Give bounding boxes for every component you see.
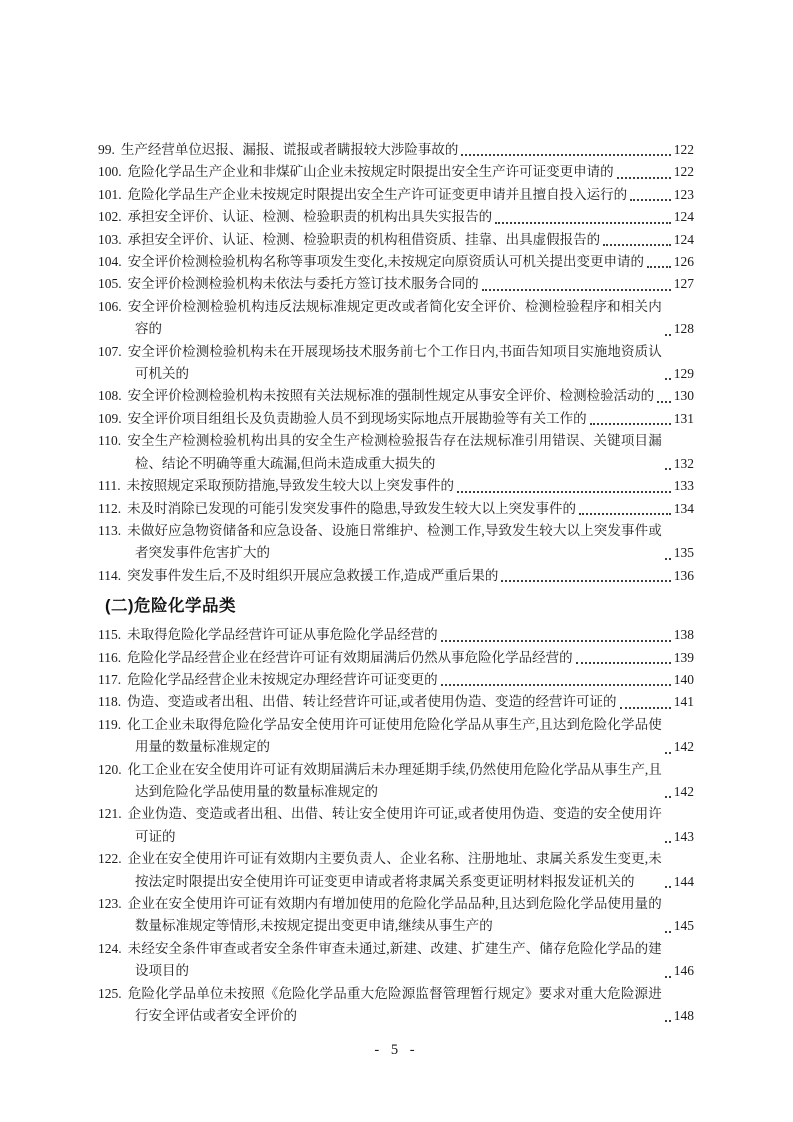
toc-entry: 118.伪造、变造或者出租、出借、转让经营许可证,或者使用伪造、变造的经营许可证… bbox=[98, 691, 694, 713]
toc-entry-text: 124.未经安全条件审查或者安全条件审查未通过,新建、改建、扩建生产、储存危险化… bbox=[98, 938, 662, 983]
toc-entry-page-number: 142 bbox=[674, 781, 694, 803]
toc-entry-text: 125.危险化学品单位未按照《危险化学品重大危险源监督管理暂行规定》要求对重大危… bbox=[98, 983, 662, 1028]
toc-entry-number: 119. bbox=[98, 717, 127, 732]
toc-entry-page-number: 122 bbox=[674, 139, 694, 161]
toc-entry-page-number: 124 bbox=[674, 229, 694, 251]
toc-entry: 109.安全评价项目组组长及负责勘验人员不到现场实际地点开展勘验等有关工作的 1… bbox=[98, 408, 694, 430]
dot-leader bbox=[665, 334, 671, 336]
dot-leader bbox=[482, 289, 671, 291]
toc-entry-text: 113.未做好应急物资储备和应急设备、设施日常维护、检测工作,导致发生较大以上突… bbox=[98, 520, 662, 565]
toc-entry-text: 122.企业在安全使用许可证有效期内主要负责人、企业名称、注册地址、隶属关系发生… bbox=[98, 848, 662, 893]
toc-entry: 115.未取得危险化学品经营许可证从事危险化学品经营的 138 bbox=[98, 624, 694, 646]
toc-entry: 101.危险化学品生产企业未按规定时限提出安全生产许可证变更申请并且擅自投入运行… bbox=[98, 184, 694, 206]
toc-entry-page-number: 134 bbox=[674, 498, 694, 520]
toc-entry-title: 安全评价检测检验机构未依法与委托方签订技术服务合同的 bbox=[128, 276, 479, 291]
dot-leader bbox=[620, 707, 671, 709]
dot-leader bbox=[495, 222, 671, 224]
toc-entry-title: 化工企业在安全使用许可证有效期届满后未办理延期手续,仍然使用危险化学品从事生产,… bbox=[128, 762, 662, 799]
toc-entry-number: 106. bbox=[98, 299, 128, 314]
toc-entry-page-number: 129 bbox=[674, 363, 694, 385]
toc-entry-text: 108.安全评价检测检验机构未按照有关法规标准的强制性规定从事安全评价、检测检验… bbox=[98, 385, 654, 407]
toc-entry-title: 突发事件发生后,不及时组织开展应急救援工作,造成严重后果的 bbox=[127, 568, 498, 583]
toc-entry-number: 113. bbox=[98, 523, 127, 538]
toc-entry-title: 企业伪造、变造或者出租、出借、转让安全使用许可证,或者使用伪造、变造的安全使用许… bbox=[128, 806, 662, 843]
toc-entry: 121.企业伪造、变造或者出租、出借、转让安全使用许可证,或者使用伪造、变造的安… bbox=[98, 803, 694, 848]
toc-entry: 111.未按照规定采取预防措施,导致发生较大以上突发事件的 133 bbox=[98, 475, 694, 497]
dot-leader bbox=[665, 976, 671, 978]
toc-entry-page-number: 123 bbox=[674, 184, 694, 206]
toc-entry-text: 100.危险化学品生产企业和非煤矿山企业未按规定时限提出安全生产许可证变更申请的 bbox=[98, 161, 614, 183]
toc-entry-text: 104.安全评价检测检验机构名称等事项发生变化,未按规定向原资质认可机关提出变更… bbox=[98, 251, 644, 273]
toc-entry-text: 120.化工企业在安全使用许可证有效期届满后未办理延期手续,仍然使用危险化学品从… bbox=[98, 759, 662, 804]
toc-entry-page-number: 141 bbox=[674, 691, 694, 713]
toc-entry-text: 105.安全评价检测检验机构未依法与委托方签订技术服务合同的 bbox=[98, 273, 479, 295]
toc-entry-text: 111.未按照规定采取预防措施,导致发生较大以上突发事件的 bbox=[98, 475, 454, 497]
toc-entry: 113.未做好应急物资储备和应急设备、设施日常维护、检测工作,导致发生较大以上突… bbox=[98, 520, 694, 565]
dot-leader bbox=[657, 401, 671, 403]
toc-entry-number: 100. bbox=[98, 164, 128, 179]
toc-entry-page-number: 148 bbox=[674, 1005, 694, 1027]
toc-entry-title: 危险化学品生产企业未按规定时限提出安全生产许可证变更申请并且擅自投入运行的 bbox=[128, 187, 628, 202]
dot-leader bbox=[665, 558, 671, 560]
toc-entry-page-number: 139 bbox=[674, 647, 694, 669]
toc-entry-page-number: 135 bbox=[674, 542, 694, 564]
dot-leader bbox=[665, 1020, 671, 1022]
dot-leader bbox=[665, 468, 671, 470]
dot-leader bbox=[579, 513, 671, 515]
dot-leader bbox=[617, 177, 671, 179]
dot-leader bbox=[603, 244, 671, 246]
toc-entry-title: 安全评价检测检验机构未按照有关法规标准的强制性规定从事安全评价、检测检验活动的 bbox=[128, 388, 655, 403]
dot-leader bbox=[441, 684, 671, 686]
toc-entry-text: 99.生产经营单位迟报、漏报、谎报或者瞒报较大涉险事故的 bbox=[98, 139, 458, 161]
toc-entry-text: 119.化工企业未取得危险化学品安全使用许可证使用危险化学品从事生产,且达到危险… bbox=[98, 714, 662, 759]
toc-entry-number: 99. bbox=[98, 142, 121, 157]
toc-entry-title: 承担安全评价、认证、检测、检验职责的机构出具失实报告的 bbox=[128, 209, 493, 224]
toc-entry: 104.安全评价检测检验机构名称等事项发生变化,未按规定向原资质认可机关提出变更… bbox=[98, 251, 694, 273]
toc-entry-page-number: 133 bbox=[674, 475, 694, 497]
toc-entry-number: 125. bbox=[98, 986, 128, 1001]
toc-entry-title: 安全评价项目组组长及负责勘验人员不到现场实际地点开展勘验等有关工作的 bbox=[128, 411, 587, 426]
toc-entry-title: 承担安全评价、认证、检测、检验职责的机构租借资质、挂靠、出具虚假报告的 bbox=[128, 232, 601, 247]
toc-entry-title: 安全评价检测检验机构违反法规标准规定更改或者简化安全评价、检测检验程序和相关内容… bbox=[128, 299, 662, 336]
document-page: 99.生产经营单位迟报、漏报、谎报或者瞒报较大涉险事故的 122 100.危险化… bbox=[0, 0, 793, 1122]
toc-entry-number: 124. bbox=[98, 941, 128, 956]
toc-entry-page-number: 143 bbox=[674, 826, 694, 848]
toc-entry-page-number: 126 bbox=[674, 251, 694, 273]
toc-entry-page-number: 138 bbox=[674, 624, 694, 646]
toc-entry-number: 112. bbox=[98, 501, 127, 516]
dot-leader bbox=[457, 491, 671, 493]
dot-leader bbox=[590, 423, 671, 425]
toc-entry-number: 110. bbox=[98, 433, 127, 448]
toc-entry-number: 114. bbox=[98, 568, 127, 583]
toc-entry-number: 102. bbox=[98, 209, 128, 224]
dot-leader bbox=[665, 931, 671, 933]
toc-entry-page-number: 128 bbox=[674, 318, 694, 340]
toc-entry-page-number: 124 bbox=[674, 206, 694, 228]
toc-entry-title: 化工企业未取得危险化学品安全使用许可证使用危险化学品从事生产,且达到危险化学品使… bbox=[127, 717, 662, 754]
toc-entry-title: 危险化学品生产企业和非煤矿山企业未按规定时限提出安全生产许可证变更申请的 bbox=[128, 164, 614, 179]
toc-entry: 102.承担安全评价、认证、检测、检验职责的机构出具失实报告的 124 bbox=[98, 206, 694, 228]
toc-entry-title: 未做好应急物资储备和应急设备、设施日常维护、检测工作,导致发生较大以上突发事件或… bbox=[127, 523, 662, 560]
toc-entry-number: 117. bbox=[98, 672, 127, 687]
toc-entry: 110.安全生产检测检验机构出具的安全生产检测检验报告存在法规标准引用错误、关键… bbox=[98, 430, 694, 475]
toc-entry-number: 122. bbox=[98, 851, 128, 866]
toc-entry: 119.化工企业未取得危险化学品安全使用许可证使用危险化学品从事生产,且达到危险… bbox=[98, 714, 694, 759]
toc-entry-title: 危险化学品经营企业在经营许可证有效期届满后仍然从事危险化学品经营的 bbox=[127, 650, 573, 665]
toc-entry: 124.未经安全条件审查或者安全条件审查未通过,新建、改建、扩建生产、储存危险化… bbox=[98, 938, 694, 983]
toc-entry: 100.危险化学品生产企业和非煤矿山企业未按规定时限提出安全生产许可证变更申请的… bbox=[98, 161, 694, 183]
toc-entry: 103.承担安全评价、认证、检测、检验职责的机构租借资质、挂靠、出具虚假报告的 … bbox=[98, 229, 694, 251]
toc-entry-title: 企业在安全使用许可证有效期内有增加使用的危险化学品品种,且达到危险化学品使用量的… bbox=[128, 896, 662, 933]
toc-entry-number: 111. bbox=[98, 478, 127, 493]
toc-entry-page-number: 132 bbox=[674, 453, 694, 475]
toc-entry-title: 未取得危险化学品经营许可证从事危险化学品经营的 bbox=[127, 627, 438, 642]
dot-leader bbox=[665, 796, 671, 798]
toc-entry-number: 103. bbox=[98, 232, 128, 247]
toc-entry-page-number: 130 bbox=[674, 385, 694, 407]
toc-entry: 99.生产经营单位迟报、漏报、谎报或者瞒报较大涉险事故的 122 bbox=[98, 139, 694, 161]
toc-entry: 105.安全评价检测检验机构未依法与委托方签订技术服务合同的 127 bbox=[98, 273, 694, 295]
toc-entry-title: 安全评价检测检验机构名称等事项发生变化,未按规定向原资质认可机关提出变更申请的 bbox=[128, 254, 644, 269]
toc-entry-number: 108. bbox=[98, 388, 128, 403]
toc-entry-page-number: 140 bbox=[674, 669, 694, 691]
toc-entry-text: 116.危险化学品经营企业在经营许可证有效期届满后仍然从事危险化学品经营的 bbox=[98, 647, 573, 669]
toc-entry: 106.安全评价检测检验机构违反法规标准规定更改或者简化安全评价、检测检验程序和… bbox=[98, 296, 694, 341]
toc-entry-page-number: 145 bbox=[674, 915, 694, 937]
toc-entry: 122.企业在安全使用许可证有效期内主要负责人、企业名称、注册地址、隶属关系发生… bbox=[98, 848, 694, 893]
toc-entry-text: 109.安全评价项目组组长及负责勘验人员不到现场实际地点开展勘验等有关工作的 bbox=[98, 408, 587, 430]
toc-entries-hazardous-chemicals: 115.未取得危险化学品经营许可证从事危险化学品经营的 138 116.危险化学… bbox=[98, 624, 694, 1027]
toc-entry-text: 103.承担安全评价、认证、检测、检验职责的机构租借资质、挂靠、出具虚假报告的 bbox=[98, 229, 600, 251]
dot-leader bbox=[576, 662, 671, 664]
toc-entry-number: 123. bbox=[98, 896, 128, 911]
toc-entry-text: 123.企业在安全使用许可证有效期内有增加使用的危险化学品品种,且达到危险化学品… bbox=[98, 893, 662, 938]
toc-entry-text: 107.安全评价检测检验机构未在开展现场技术服务前七个工作日内,书面告知项目实施… bbox=[98, 341, 662, 386]
toc-entry-title: 伪造、变造或者出租、出借、转让经营许可证,或者使用伪造、变造的经营许可证的 bbox=[127, 694, 616, 709]
dot-leader bbox=[665, 752, 671, 754]
toc-entry: 107.安全评价检测检验机构未在开展现场技术服务前七个工作日内,书面告知项目实施… bbox=[98, 341, 694, 386]
toc-entry: 125.危险化学品单位未按照《危险化学品重大危险源监督管理暂行规定》要求对重大危… bbox=[98, 983, 694, 1028]
toc-entry-title: 企业在安全使用许可证有效期内主要负责人、企业名称、注册地址、隶属关系发生变更,未… bbox=[128, 851, 662, 888]
toc-entry-number: 101. bbox=[98, 187, 128, 202]
toc-entry-page-number: 146 bbox=[674, 960, 694, 982]
toc-entry: 123.企业在安全使用许可证有效期内有增加使用的危险化学品品种,且达到危险化学品… bbox=[98, 893, 694, 938]
toc-entry: 117.危险化学品经营企业未按规定办理经营许可证变更的 140 bbox=[98, 669, 694, 691]
toc-entry-page-number: 127 bbox=[674, 273, 694, 295]
toc-entry: 116.危险化学品经营企业在经营许可证有效期届满后仍然从事危险化学品经营的 13… bbox=[98, 647, 694, 669]
toc-entries-general: 99.生产经营单位迟报、漏报、谎报或者瞒报较大涉险事故的 122 100.危险化… bbox=[98, 139, 694, 587]
dot-leader bbox=[665, 886, 671, 888]
dot-leader bbox=[630, 199, 671, 201]
toc-entry-text: 110.安全生产检测检验机构出具的安全生产检测检验报告存在法规标准引用错误、关键… bbox=[98, 430, 662, 475]
toc-entry-page-number: 122 bbox=[674, 161, 694, 183]
toc-entry: 120.化工企业在安全使用许可证有效期届满后未办理延期手续,仍然使用危险化学品从… bbox=[98, 759, 694, 804]
toc-entry-page-number: 131 bbox=[674, 408, 694, 430]
toc-entry-number: 116. bbox=[98, 650, 127, 665]
dot-leader bbox=[665, 378, 671, 380]
toc-entry-page-number: 136 bbox=[674, 565, 694, 587]
toc-entry: 112.未及时消除已发现的可能引发突发事件的隐患,导致发生较大以上突发事件的 1… bbox=[98, 498, 694, 520]
toc-entry-title: 生产经营单位迟报、漏报、谎报或者瞒报较大涉险事故的 bbox=[121, 142, 459, 157]
toc-entry-title: 危险化学品单位未按照《危险化学品重大危险源监督管理暂行规定》要求对重大危险源进行… bbox=[128, 986, 662, 1023]
table-of-contents: 99.生产经营单位迟报、漏报、谎报或者瞒报较大涉险事故的 122 100.危险化… bbox=[98, 139, 694, 1027]
toc-entry-title: 未按照规定采取预防措施,导致发生较大以上突发事件的 bbox=[127, 478, 454, 493]
toc-entry-number: 107. bbox=[98, 344, 128, 359]
toc-entry-text: 121.企业伪造、变造或者出租、出借、转让安全使用许可证,或者使用伪造、变造的安… bbox=[98, 803, 662, 848]
toc-entry-title: 危险化学品经营企业未按规定办理经营许可证变更的 bbox=[127, 672, 438, 687]
dot-leader bbox=[647, 266, 671, 268]
toc-entry-number: 118. bbox=[98, 694, 127, 709]
toc-entry-title: 安全生产检测检验机构出具的安全生产检测检验报告存在法规标准引用错误、关键项目漏检… bbox=[127, 433, 662, 470]
toc-entry-text: 118.伪造、变造或者出租、出借、转让经营许可证,或者使用伪造、变造的经营许可证… bbox=[98, 691, 617, 713]
toc-entry: 114.突发事件发生后,不及时组织开展应急救援工作,造成严重后果的 136 bbox=[98, 565, 694, 587]
toc-entry-text: 117.危险化学品经营企业未按规定办理经营许可证变更的 bbox=[98, 669, 438, 691]
toc-entry-title: 未及时消除已发现的可能引发突发事件的隐患,导致发生较大以上突发事件的 bbox=[127, 501, 576, 516]
section-heading-hazardous-chemicals: (二)危险化学品类 bbox=[98, 595, 694, 618]
toc-entry-number: 115. bbox=[98, 627, 127, 642]
dot-leader bbox=[665, 841, 671, 843]
dot-leader bbox=[501, 580, 670, 582]
toc-entry-number: 104. bbox=[98, 254, 128, 269]
toc-entry-number: 121. bbox=[98, 806, 128, 821]
toc-entry-title: 安全评价检测检验机构未在开展现场技术服务前七个工作日内,书面告知项目实施地资质认… bbox=[128, 344, 662, 381]
page-number: - 5 - bbox=[0, 1042, 793, 1059]
toc-entry-text: 115.未取得危险化学品经营许可证从事危险化学品经营的 bbox=[98, 624, 438, 646]
toc-entry-text: 101.危险化学品生产企业未按规定时限提出安全生产许可证变更申请并且擅自投入运行… bbox=[98, 184, 627, 206]
toc-entry-page-number: 144 bbox=[674, 871, 694, 893]
toc-entry-text: 106.安全评价检测检验机构违反法规标准规定更改或者简化安全评价、检测检验程序和… bbox=[98, 296, 662, 341]
toc-entry-text: 102.承担安全评价、认证、检测、检验职责的机构出具失实报告的 bbox=[98, 206, 492, 228]
toc-entry-title: 未经安全条件审查或者安全条件审查未通过,新建、改建、扩建生产、储存危险化学品的建… bbox=[128, 941, 662, 978]
toc-entry-text: 114.突发事件发生后,不及时组织开展应急救援工作,造成严重后果的 bbox=[98, 565, 498, 587]
toc-entry-number: 109. bbox=[98, 411, 128, 426]
dot-leader bbox=[461, 154, 670, 156]
toc-entry-text: 112.未及时消除已发现的可能引发突发事件的隐患,导致发生较大以上突发事件的 bbox=[98, 498, 576, 520]
toc-entry-number: 105. bbox=[98, 276, 128, 291]
toc-entry-page-number: 142 bbox=[674, 736, 694, 758]
dot-leader bbox=[441, 640, 671, 642]
toc-entry-number: 120. bbox=[98, 762, 128, 777]
toc-entry: 108.安全评价检测检验机构未按照有关法规标准的强制性规定从事安全评价、检测检验… bbox=[98, 385, 694, 407]
